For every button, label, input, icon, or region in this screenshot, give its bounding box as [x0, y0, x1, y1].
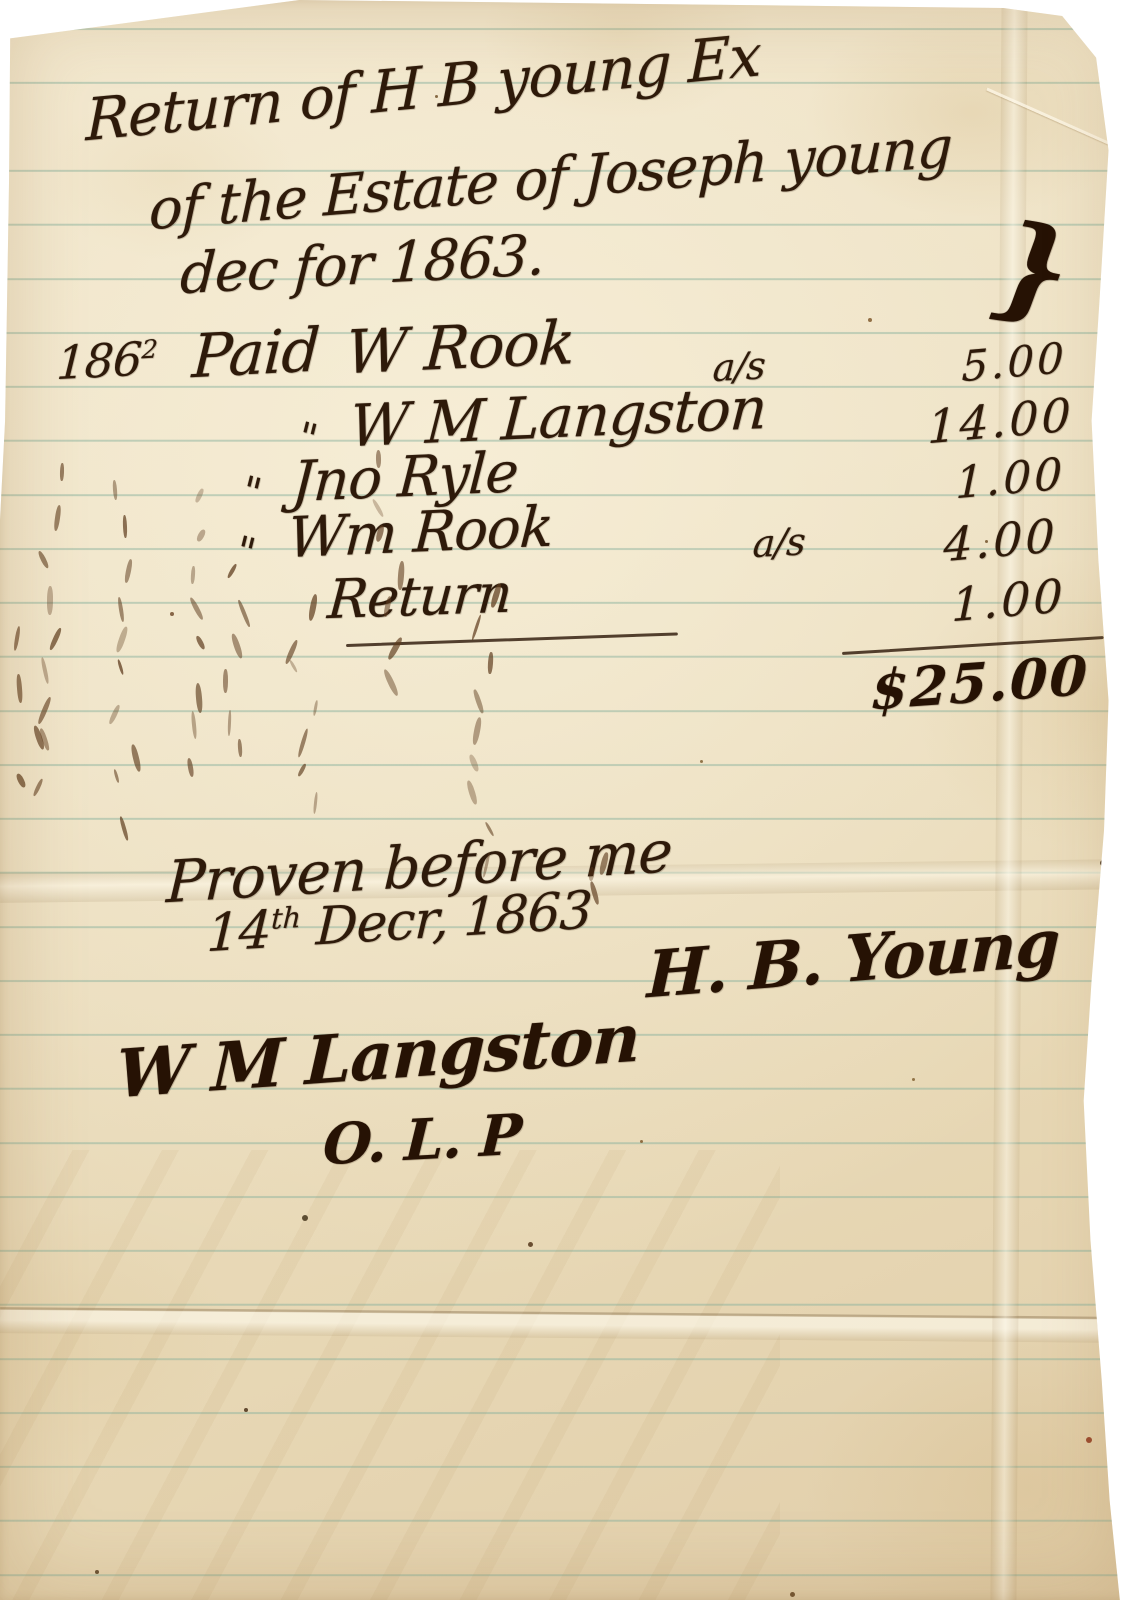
attestation-date-day: 14	[205, 900, 272, 964]
bleedthrough-ink-mark	[465, 780, 478, 805]
bleedthrough-ink-mark	[313, 700, 319, 717]
bleedthrough-ink-mark	[238, 739, 243, 757]
attestation-date-ordinal: th	[270, 900, 301, 936]
heading-brace-flourish: }	[988, 198, 1079, 338]
bleedthrough-ink-mark	[188, 596, 205, 621]
bleedthrough-ink-mark	[16, 674, 23, 703]
bleedthrough-ink-mark	[228, 710, 232, 736]
ledger-year-superscript: 2	[141, 334, 159, 364]
bleedthrough-ink-mark	[297, 728, 310, 758]
ledger-row-1-label: Paid	[190, 315, 321, 392]
ledger-row-2-amount: 14.00	[927, 387, 1074, 454]
ledger-row-5-amount: 1.00	[951, 568, 1066, 632]
bleedthrough-ink-mark	[37, 696, 53, 725]
ledger-row-1-amount: 5.00	[961, 333, 1067, 391]
ledger-row-1-payee: W Rook	[344, 308, 577, 388]
officer-title: O. L. P	[322, 1102, 523, 1179]
paper-streak-stains	[0, 1150, 780, 1600]
ledger-row-4-ditto: "	[231, 528, 259, 577]
bleedthrough-ink-mark	[117, 659, 125, 675]
paper-speck	[1097, 912, 1104, 919]
bleedthrough-ink-mark	[47, 586, 53, 615]
heading-line-1: Return of H B young Ex	[85, 21, 761, 154]
bleedthrough-ink-mark	[297, 763, 307, 777]
paper-speck	[700, 760, 703, 763]
bleedthrough-ink-mark	[190, 566, 195, 584]
bleedthrough-ink-mark	[194, 634, 206, 650]
bleedthrough-ink-mark	[195, 529, 207, 544]
bleedthrough-ink-mark	[313, 792, 319, 814]
paper-speck	[640, 1140, 643, 1143]
bleedthrough-ink-mark	[382, 668, 400, 697]
bleedthrough-ink-mark	[59, 463, 63, 481]
bleedthrough-ink-mark	[115, 625, 129, 652]
bleedthrough-ink-mark	[108, 704, 121, 725]
bleedthrough-ink-mark	[32, 725, 46, 751]
corner-crease-line	[1025, 0, 1130, 67]
bleedthrough-ink-mark	[38, 728, 50, 751]
bleedthrough-ink-mark	[194, 488, 205, 504]
ledger-row-1-year: 1862	[55, 331, 159, 391]
ledger-row-5-payee: Return	[326, 562, 514, 632]
ledger-row-4-amount: 4.00	[943, 508, 1058, 572]
bleedthrough-ink-mark	[53, 505, 62, 531]
bleedthrough-ink-mark	[118, 816, 128, 841]
bleedthrough-ink-mark	[13, 625, 21, 650]
paper-speck	[790, 1592, 795, 1597]
bleedthrough-ink-mark	[487, 652, 493, 674]
ledger-row-3-amount: 1.00	[955, 448, 1065, 509]
bleedthrough-ink-mark	[32, 778, 44, 797]
bleedthrough-ink-mark	[186, 758, 194, 778]
bleedthrough-ink-mark	[468, 754, 481, 773]
bleedthrough-ink-mark	[223, 669, 228, 693]
bleedthrough-ink-mark	[284, 639, 299, 665]
bleedthrough-ink-mark	[123, 559, 132, 583]
bleedthrough-ink-mark	[230, 633, 244, 660]
attestation-signature: H. B. Young	[646, 906, 1060, 1014]
bleedthrough-ink-mark	[113, 769, 120, 784]
bleedthrough-ink-mark	[41, 657, 51, 684]
officer-signature: W M Langston	[115, 998, 641, 1113]
bleedthrough-ink-mark	[15, 772, 27, 788]
bleedthrough-ink-mark	[49, 627, 63, 651]
ledger-year: 186	[55, 332, 143, 391]
bleedthrough-ink-mark	[191, 711, 198, 739]
ledger-total: $25.00	[870, 643, 1090, 723]
return-word-underline	[346, 632, 678, 646]
aged-paper-sheet: Return of H B young Ex of the Estate of …	[0, 0, 1130, 1600]
bleedthrough-ink-mark	[307, 594, 318, 622]
bleedthrough-ink-mark	[122, 515, 127, 539]
corner-crease-highlight	[986, 88, 1130, 156]
paper-speck	[912, 1078, 915, 1081]
scanned-document-page: { "colors": { "paper": "#ecdfc2", "ink":…	[0, 0, 1130, 1600]
bleedthrough-ink-mark	[288, 659, 298, 673]
paper-speck	[170, 612, 174, 616]
bleedthrough-ink-mark	[386, 636, 404, 661]
paper-speck	[868, 318, 872, 322]
bleedthrough-ink-mark	[130, 744, 143, 773]
bleedthrough-ink-mark	[117, 597, 125, 622]
ledger-row-4-payee: Wm Rook	[286, 494, 555, 571]
bleedthrough-ink-mark	[472, 717, 483, 746]
ledger-row-4-note: a/s	[752, 519, 806, 566]
bleedthrough-ink-mark	[195, 683, 204, 713]
bleedthrough-ink-mark	[112, 480, 118, 500]
bleedthrough-ink-mark	[37, 550, 51, 570]
bleedthrough-ink-mark	[237, 599, 251, 627]
bleedthrough-ink-mark	[472, 688, 484, 713]
paper-speck	[1086, 1437, 1092, 1443]
paper-speck	[1100, 860, 1106, 866]
ledger-row-3-ditto: "	[237, 468, 265, 517]
